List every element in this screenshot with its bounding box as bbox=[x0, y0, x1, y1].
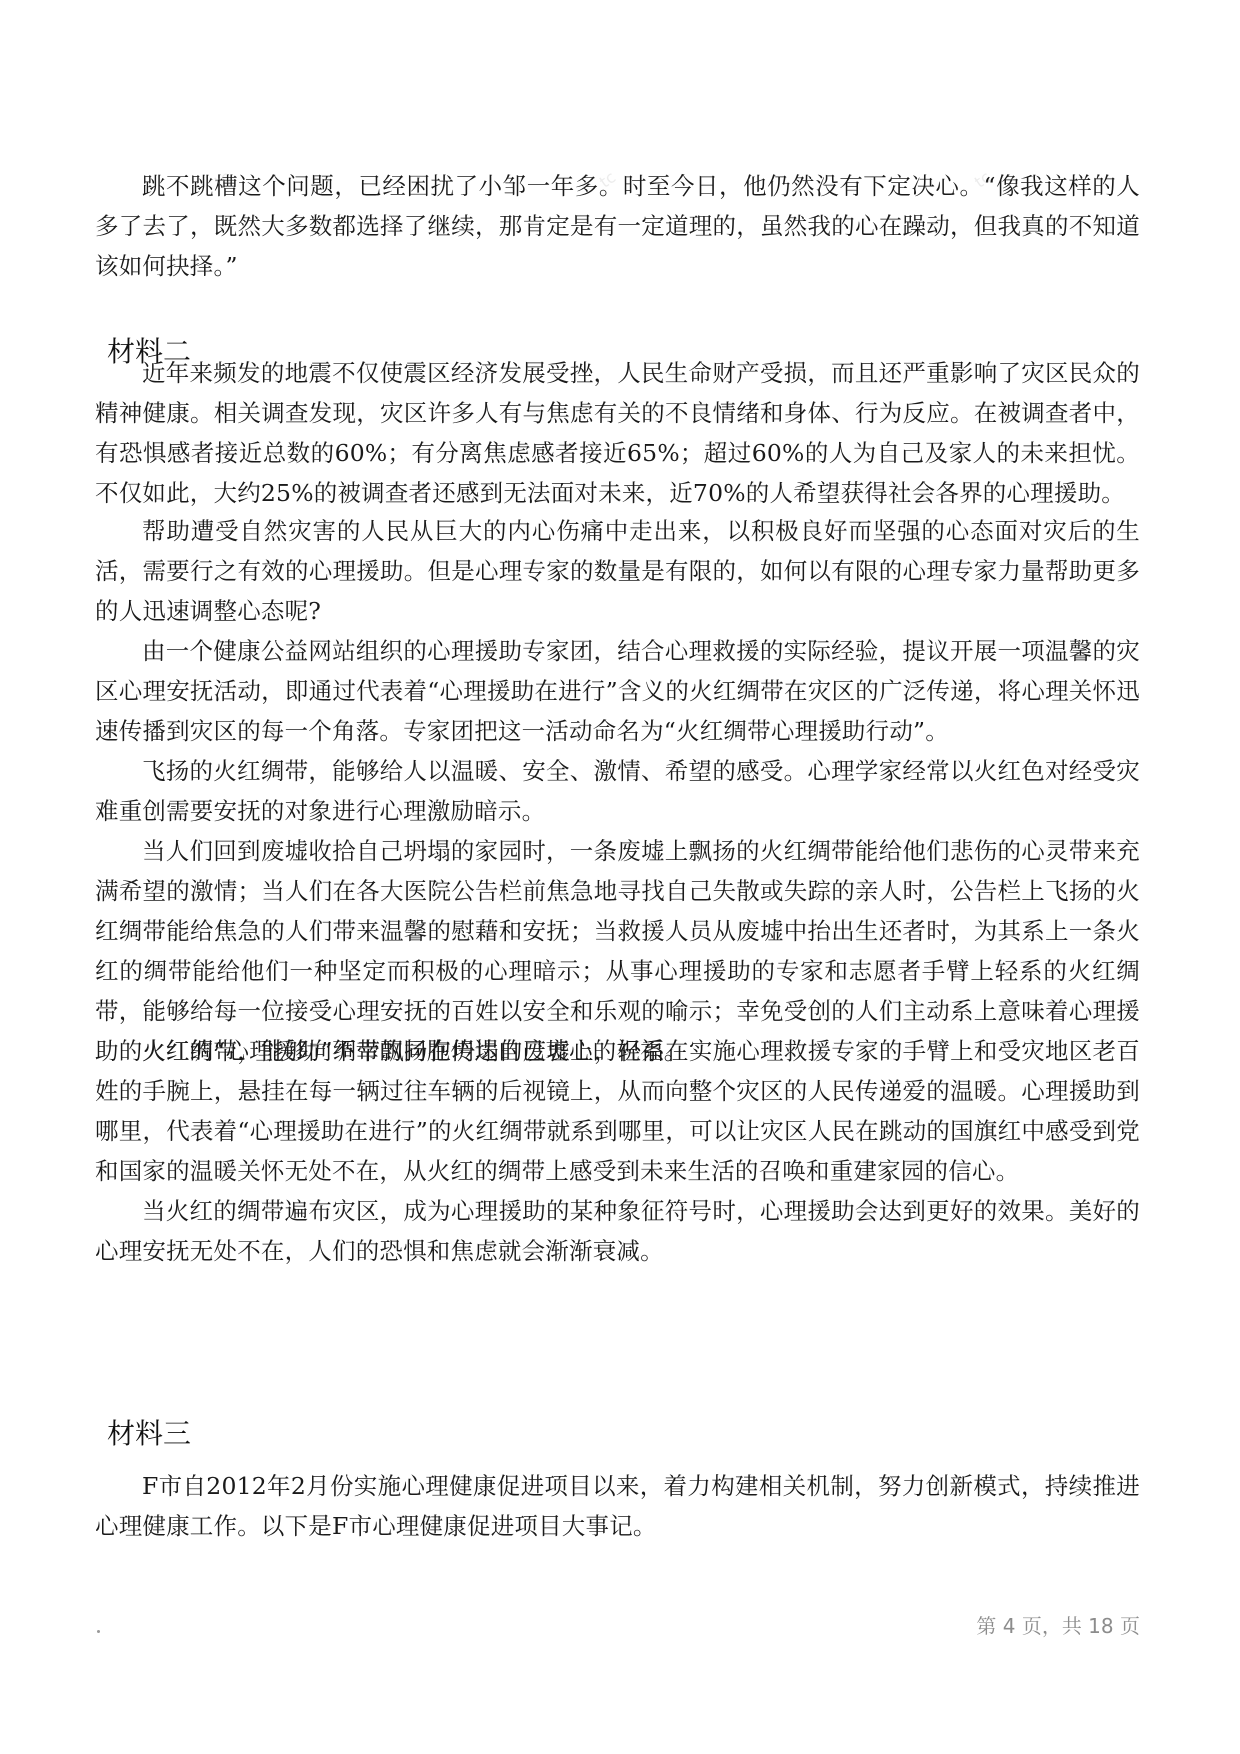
paragraph-material-2-1: 近年来频发的地震不仅使震区经济发展受挫，人民生命财产受损，而且还严重影响了灾区民… bbox=[95, 353, 1140, 513]
section-heading-material-3: 材料三 bbox=[107, 1416, 191, 1452]
paragraph-material-2-3: 由一个健康公益网站组织的心理援助专家团，结合心理救援的实际经验，提议开展一项温馨… bbox=[95, 631, 1140, 751]
page-indicator: 第 4 页，共 18 页 bbox=[975, 1612, 1140, 1640]
paragraph-material-2-2: 帮助遭受自然灾害的人民从巨大的内心伤痛中走出来，以积极良好而坚强的心态面对灾后的… bbox=[95, 511, 1140, 631]
paragraph-intro: 跳不跳槽这个问题，已经困扰了小邹一年多。时至今日，他仍然没有下定决心。“像我这样… bbox=[95, 166, 1140, 286]
paragraph-material-2-4: 飞扬的火红绸带，能够给人以温暖、安全、激情、希望的感受。心理学家经常以火红色对经… bbox=[95, 751, 1140, 831]
paragraph-material-2-6: 火红的“心理援助”绸带飘扬在坍塌的废墟上，轻系在实施心理救援专家的手臂上和受灾地… bbox=[95, 1031, 1140, 1191]
paragraph-material-2-7: 当火红的绸带遍布灾区，成为心理援助的某种象征符号时，心理援助会达到更好的效果。美… bbox=[95, 1191, 1140, 1271]
paragraph-material-3-1: F市自2012年2月份实施心理健康促进项目以来，着力构建相关机制，努力创新模式，… bbox=[95, 1466, 1140, 1546]
footer-dot bbox=[97, 1630, 100, 1633]
